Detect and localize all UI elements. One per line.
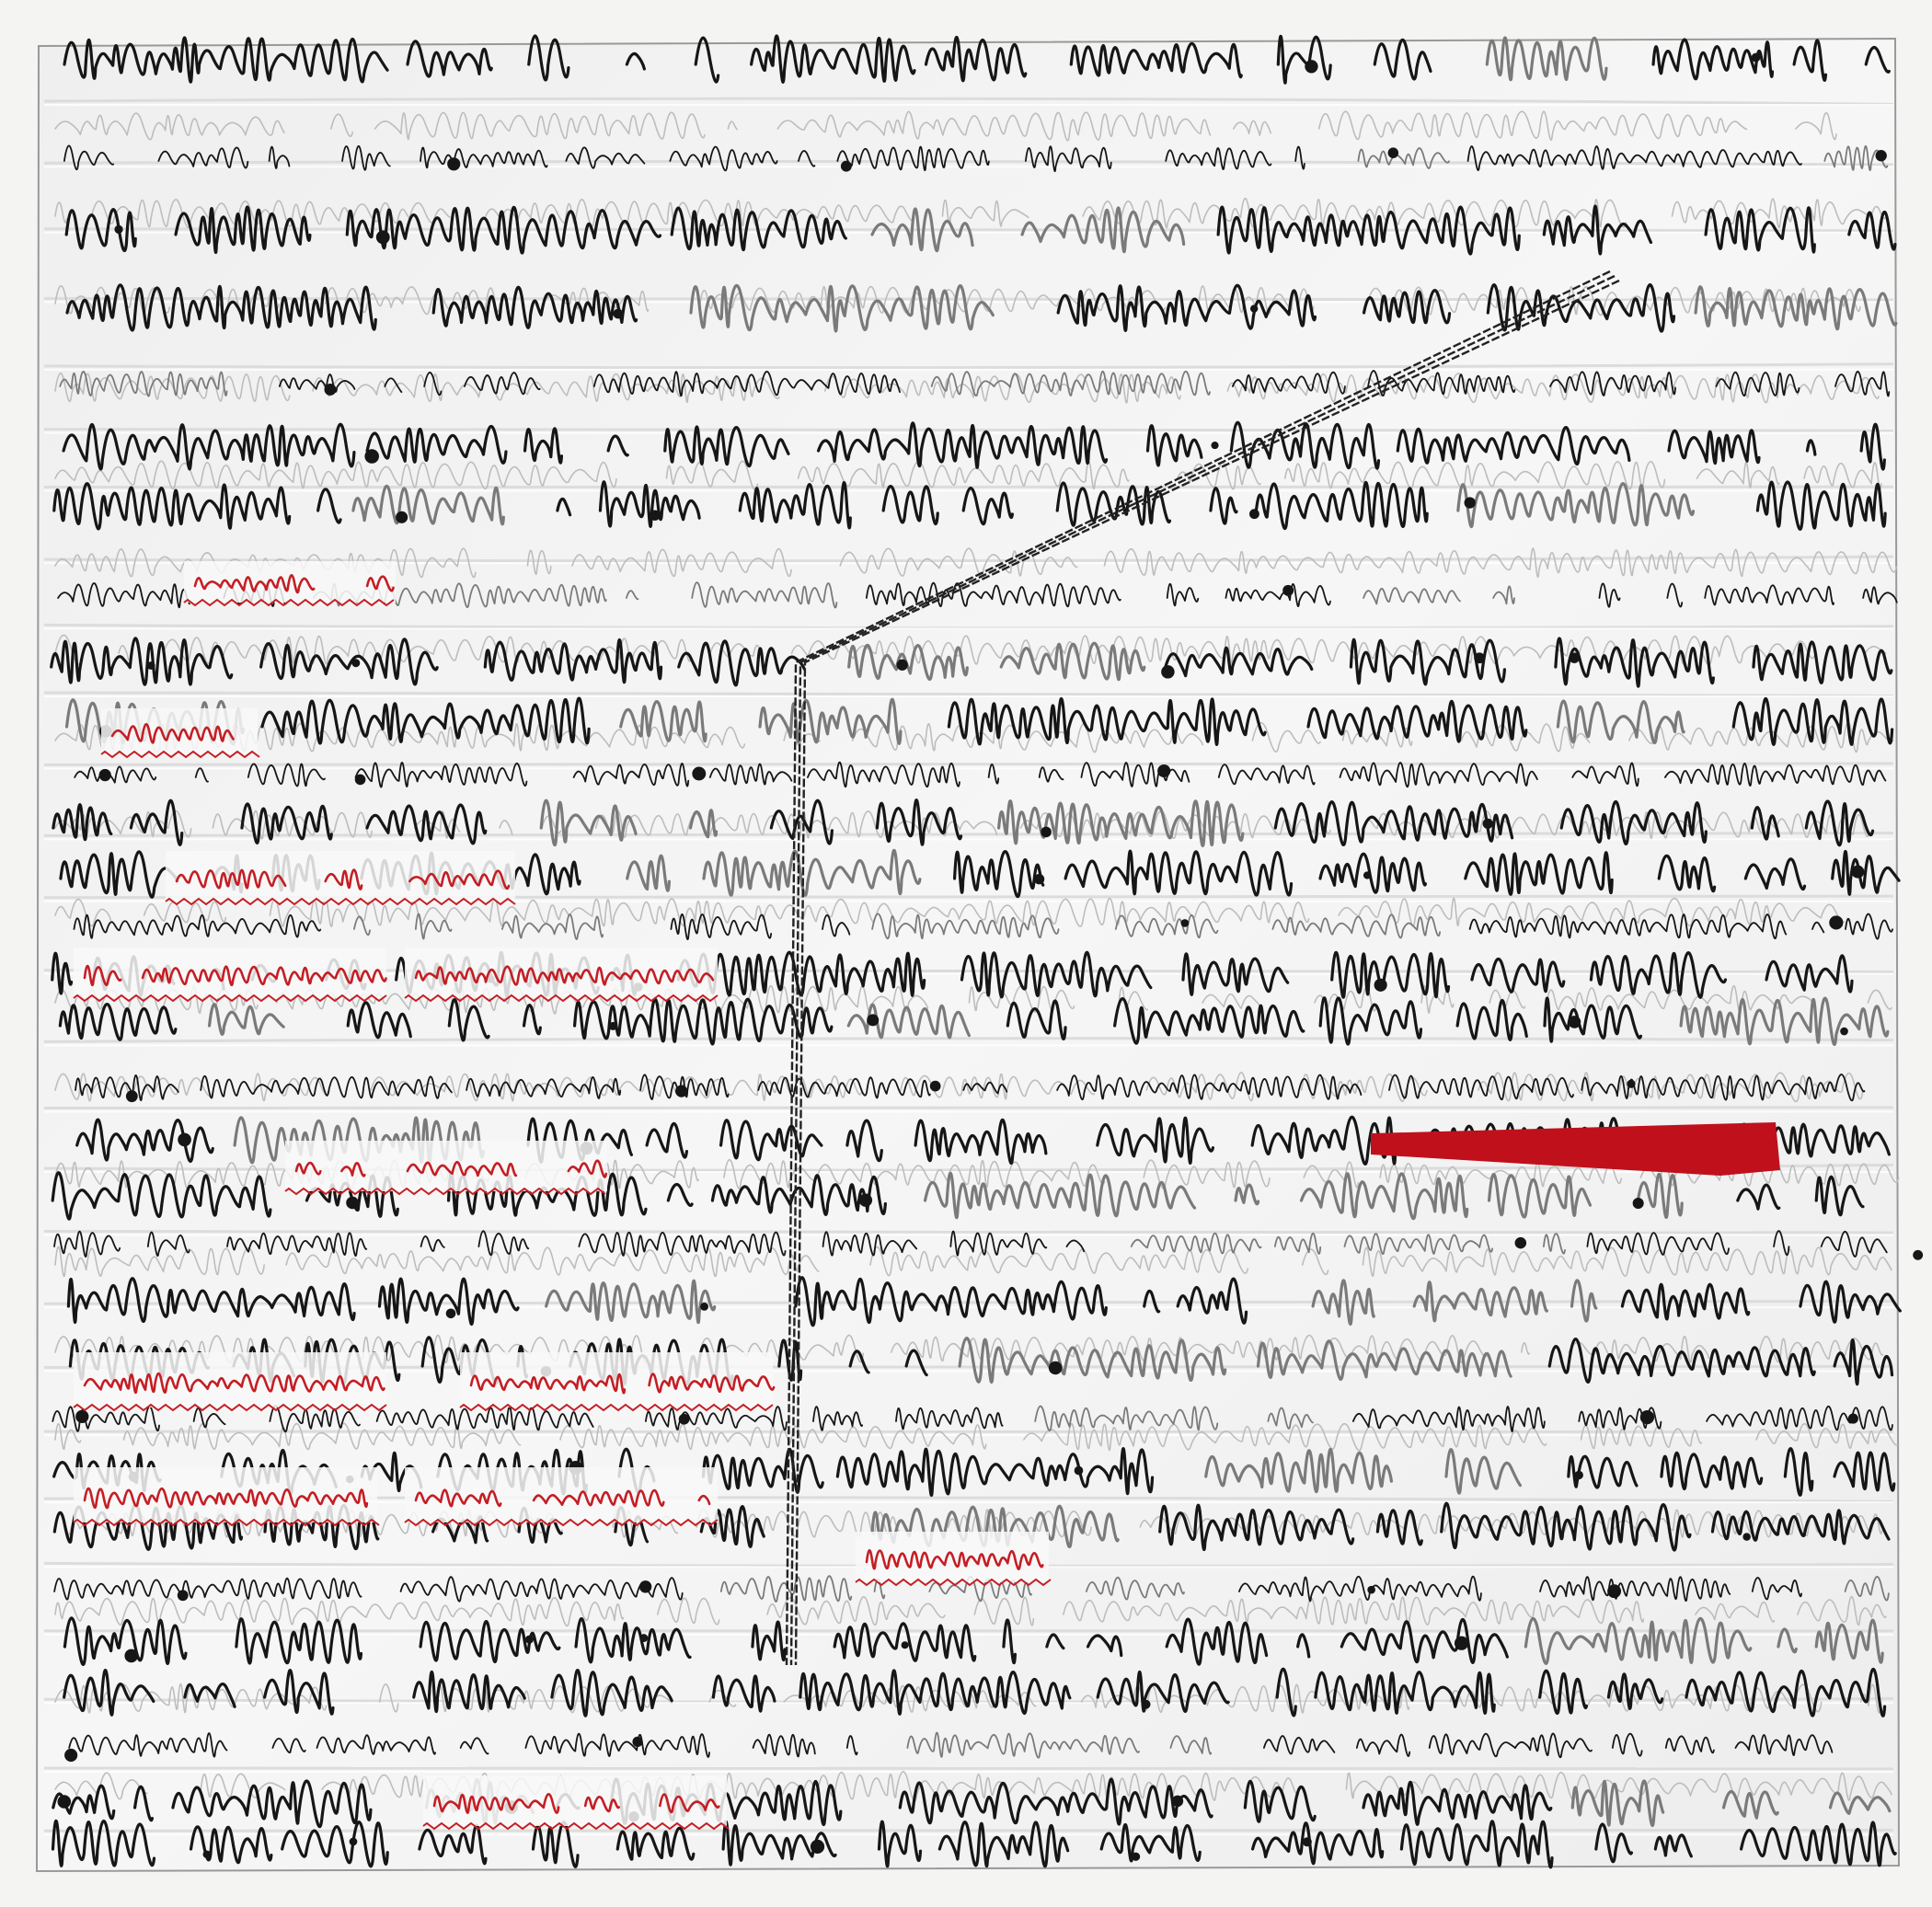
textile-artwork	[0, 0, 1932, 1907]
